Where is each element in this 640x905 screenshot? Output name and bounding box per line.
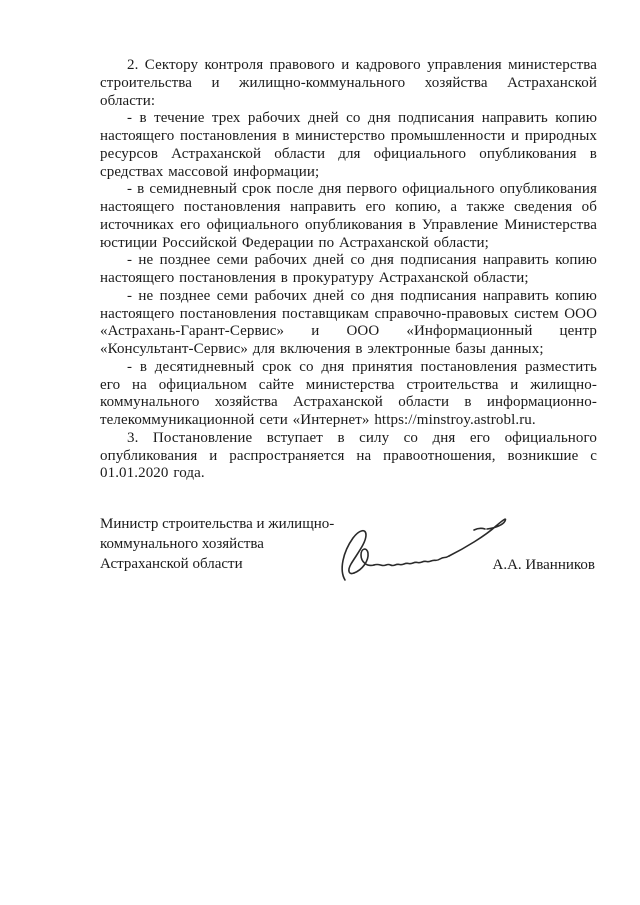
paragraph-3: 3. Постановление вступает в силу со дня … (100, 430, 597, 483)
signer-title-line: коммунального хозяйства (100, 534, 370, 554)
paragraph-2: 2. Сектору контроля правового и кадровог… (100, 57, 597, 110)
document-text: 2. Сектору контроля правового и кадровог… (100, 57, 597, 483)
handwritten-signature-icon (335, 504, 515, 584)
paragraph-2-item-5: - в десятидневный срок со дня принятия п… (100, 359, 597, 430)
paragraph-2-item-1: - в течение трех рабочих дней со дня под… (100, 110, 597, 181)
signer-title: Министр строительства и жилищно- коммуна… (100, 514, 370, 574)
paragraph-2-item-3: - не позднее семи рабочих дней со дня по… (100, 252, 597, 288)
signer-name: А.А. Иванников (493, 555, 595, 575)
signer-title-line: Министр строительства и жилищно- (100, 514, 370, 534)
signer-title-line: Астраханской области (100, 554, 370, 574)
paragraph-2-item-4: - не позднее семи рабочих дней со дня по… (100, 288, 597, 359)
signature-block: Министр строительства и жилищно- коммуна… (100, 514, 597, 594)
document-page: 2. Сектору контроля правового и кадровог… (0, 0, 640, 905)
paragraph-2-item-2: - в семидневный срок после дня первого о… (100, 181, 597, 252)
